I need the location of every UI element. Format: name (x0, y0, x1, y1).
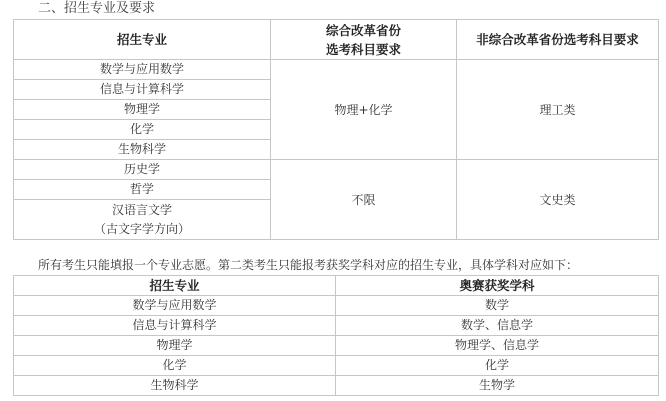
major-name: 汉语言文学 (14, 201, 270, 220)
table-row: 化学 化学 (14, 356, 659, 376)
major-cell: 生物科学 (14, 376, 336, 396)
major-cell: 物理学 (14, 336, 336, 356)
reform-requirement-cell: 物理+化学 (271, 60, 457, 160)
major-subline: （古文字学方向） (14, 220, 270, 239)
table-header-row: 招生专业 奥赛获奖学科 (14, 276, 659, 296)
major-cell: 数学与应用数学 (14, 60, 271, 80)
section-heading: 二、招生专业及要求 (38, 1, 155, 17)
olympiad-cell: 生物学 (336, 376, 659, 396)
major-cell: 物理学 (14, 100, 271, 120)
header-reform-requirement: 综合改革省份 选考科目要求 (271, 20, 457, 60)
major-cell: 化学 (14, 356, 336, 376)
olympiad-cell: 数学 (336, 296, 659, 316)
header-olympiad-subject: 奥赛获奖学科 (336, 276, 659, 296)
olympiad-cell: 数学、信息学 (336, 316, 659, 336)
major-cell: 化学 (14, 120, 271, 140)
olympiad-mapping-table: 招生专业 奥赛获奖学科 数学与应用数学 数学 信息与计算科学 数学、信息学 物理… (13, 275, 659, 396)
major-cell: 汉语言文学 （古文字学方向） (14, 200, 271, 240)
major-cell: 生物科学 (14, 140, 271, 160)
header-reform-line1: 综合改革省份 (271, 21, 456, 40)
olympiad-cell: 化学 (336, 356, 659, 376)
table-row: 物理学 物理学、信息学 (14, 336, 659, 356)
major-cell: 数学与应用数学 (14, 296, 336, 316)
table-row: 数学与应用数学 数学 (14, 296, 659, 316)
table-header-row: 招生专业 综合改革省份 选考科目要求 非综合改革省份选考科目要求 (14, 20, 659, 60)
header-major: 招生专业 (14, 276, 336, 296)
header-non-reform-requirement: 非综合改革省份选考科目要求 (457, 20, 659, 60)
non-reform-requirement-cell: 文史类 (457, 160, 659, 240)
major-cell: 历史学 (14, 160, 271, 180)
major-cell: 信息与计算科学 (14, 80, 271, 100)
table-row: 信息与计算科学 数学、信息学 (14, 316, 659, 336)
header-major: 招生专业 (14, 20, 271, 60)
table-row: 历史学 不限 文史类 (14, 160, 659, 180)
table-row: 生物科学 生物学 (14, 376, 659, 396)
major-cell: 信息与计算科学 (14, 316, 336, 336)
major-requirements-table: 招生专业 综合改革省份 选考科目要求 非综合改革省份选考科目要求 数学与应用数学… (13, 19, 659, 240)
olympiad-cell: 物理学、信息学 (336, 336, 659, 356)
header-reform-line2: 选考科目要求 (271, 40, 456, 59)
major-cell: 哲学 (14, 180, 271, 200)
reform-requirement-cell: 不限 (271, 160, 457, 240)
note-text: 所有考生只能填报一个专业志愿。第二类考生只能报考获奖学科对应的招生专业，具体学科… (38, 257, 578, 273)
table-row: 数学与应用数学 物理+化学 理工类 (14, 60, 659, 80)
non-reform-requirement-cell: 理工类 (457, 60, 659, 160)
